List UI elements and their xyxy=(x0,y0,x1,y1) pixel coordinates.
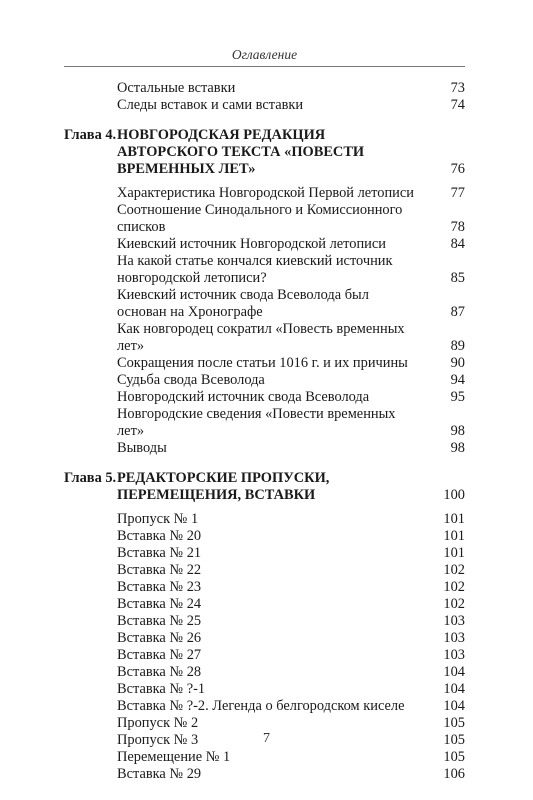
toc-entry-title: Следы вставок и сами вставки xyxy=(117,97,431,114)
toc-entry-page: 101 xyxy=(431,511,465,528)
toc-entry-page: 103 xyxy=(431,613,465,630)
chapter-page: 100 xyxy=(425,487,465,504)
toc-entry[interactable]: Как новгородец сократил «Повесть временн… xyxy=(117,321,465,355)
toc-entry[interactable]: Следы вставок и сами вставки74 xyxy=(117,97,465,114)
toc-entry-title: Вставка № 29 xyxy=(117,766,431,783)
chapter-heading[interactable]: Глава 5.РЕДАКТОРСКИЕ ПРОПУСКИ, ПЕРЕМЕЩЕН… xyxy=(64,470,465,504)
toc-entry[interactable]: Перемещение № 1105 xyxy=(117,749,465,766)
toc-entry-title: Вставка № 28 xyxy=(117,664,431,681)
toc-entry[interactable]: Пропуск № 1101 xyxy=(117,511,465,528)
toc-entry[interactable]: Вставка № 29106 xyxy=(117,766,465,783)
chapter-page: 76 xyxy=(425,161,465,178)
intro-entries: Остальные вставки73Следы вставок и сами … xyxy=(64,80,465,114)
toc-entry[interactable]: Вставка № 25103 xyxy=(117,613,465,630)
toc-entry-page: 98 xyxy=(431,440,465,457)
toc-entry-page: 105 xyxy=(431,749,465,766)
toc-entry-title: Сокращения после статьи 1016 г. и их при… xyxy=(117,355,431,372)
toc-entry-title: Остальные вставки xyxy=(117,80,431,97)
toc-entry-title: Выводы xyxy=(117,440,431,457)
toc-entry-title: Как новгородец сократил «Повесть временн… xyxy=(117,321,431,355)
toc-entry[interactable]: Вставка № 20101 xyxy=(117,528,465,545)
toc-entry[interactable]: Судьба свода Всеволода94 xyxy=(117,372,465,389)
toc-entry-page: 77 xyxy=(431,185,465,202)
chapter-heading[interactable]: Глава 4.НОВГОРОДСКАЯ РЕДАКЦИЯ АВТОРСКОГО… xyxy=(64,127,465,178)
toc-entry-page: 94 xyxy=(431,372,465,389)
toc-entry[interactable]: Сокращения после статьи 1016 г. и их при… xyxy=(117,355,465,372)
chapter-label: Глава 5. xyxy=(64,470,117,504)
chapters: Глава 4.НОВГОРОДСКАЯ РЕДАКЦИЯ АВТОРСКОГО… xyxy=(64,127,465,783)
toc-entry-title: Пропуск № 2 xyxy=(117,715,431,732)
toc-entry-title: Судьба свода Всеволода xyxy=(117,372,431,389)
toc-entry-page: 104 xyxy=(431,681,465,698)
toc-entry-title: Вставка № 20 xyxy=(117,528,431,545)
header-rule xyxy=(64,66,465,67)
toc-entry[interactable]: Вставка № ?-1104 xyxy=(117,681,465,698)
toc-entry-page: 105 xyxy=(431,715,465,732)
toc-entry-page: 73 xyxy=(431,80,465,97)
toc-entry-page: 103 xyxy=(431,647,465,664)
chapter-title-wrap: РЕДАКТОРСКИЕ ПРОПУСКИ, ПЕРЕМЕЩЕНИЯ, ВСТА… xyxy=(117,470,465,504)
toc-entry-page: 85 xyxy=(431,270,465,287)
toc-entry-page: 101 xyxy=(431,545,465,562)
toc-entry[interactable]: Вставка № 24102 xyxy=(117,596,465,613)
toc-entry-page: 101 xyxy=(431,528,465,545)
toc-entry-page: 95 xyxy=(431,389,465,406)
toc-entry-title: Киевский источник Новгородской летописи xyxy=(117,236,431,253)
toc-entry[interactable]: На какой статье кончался киевский источн… xyxy=(117,253,465,287)
toc-entry-page: 102 xyxy=(431,579,465,596)
toc-entry-page: 104 xyxy=(431,664,465,681)
toc-entry-page: 103 xyxy=(431,630,465,647)
toc-entry-page: 74 xyxy=(431,97,465,114)
toc-entry[interactable]: Пропуск № 2105 xyxy=(117,715,465,732)
toc-entry[interactable]: Выводы98 xyxy=(117,440,465,457)
toc-entry[interactable]: Новгородские сведения «Повести временных… xyxy=(117,406,465,440)
toc-entry[interactable]: Соотношение Синодального и Комиссионного… xyxy=(117,202,465,236)
toc-entry-page: 106 xyxy=(431,766,465,783)
toc-entry-page: 104 xyxy=(431,698,465,715)
table-of-contents: Остальные вставки73Следы вставок и сами … xyxy=(64,80,465,783)
toc-entry-title: Вставка № 24 xyxy=(117,596,431,613)
chapter-title: РЕДАКТОРСКИЕ ПРОПУСКИ, ПЕРЕМЕЩЕНИЯ, ВСТА… xyxy=(117,470,425,504)
toc-entry-title: Вставка № 23 xyxy=(117,579,431,596)
chapter-title-wrap: НОВГОРОДСКАЯ РЕДАКЦИЯ АВТОРСКОГО ТЕКСТА … xyxy=(117,127,465,178)
toc-entry-title: Вставка № 21 xyxy=(117,545,431,562)
toc-entry-title: На какой статье кончался киевский источн… xyxy=(117,253,431,287)
toc-entry-title: Вставка № 25 xyxy=(117,613,431,630)
toc-entry[interactable]: Вставка № 26103 xyxy=(117,630,465,647)
toc-entry-title: Перемещение № 1 xyxy=(117,749,431,766)
toc-entry-title: Характеристика Новгородской Первой летоп… xyxy=(117,185,431,202)
toc-entry-title: Вставка № 27 xyxy=(117,647,431,664)
toc-entry-title: Вставка № ?-1 xyxy=(117,681,431,698)
toc-entry[interactable]: Вставка № 27103 xyxy=(117,647,465,664)
toc-entry-page: 90 xyxy=(431,355,465,372)
toc-entry-page: 78 xyxy=(431,219,465,236)
toc-entry[interactable]: Киевский источник свода Всеволода был ос… xyxy=(117,287,465,321)
toc-entry[interactable]: Киевский источник Новгородской летописи8… xyxy=(117,236,465,253)
toc-entry-page: 102 xyxy=(431,562,465,579)
toc-entry-title: Киевский источник свода Всеволода был ос… xyxy=(117,287,431,321)
toc-entry-title: Пропуск № 1 xyxy=(117,511,431,528)
running-head: Оглавление xyxy=(64,47,465,63)
toc-entry-title: Новгородские сведения «Повести временных… xyxy=(117,406,431,440)
toc-entry-page: 102 xyxy=(431,596,465,613)
toc-entry-page: 98 xyxy=(431,423,465,440)
toc-entry[interactable]: Вставка № 28104 xyxy=(117,664,465,681)
toc-entry-title: Новгородский источник свода Всеволода xyxy=(117,389,431,406)
toc-entry[interactable]: Вставка № 23102 xyxy=(117,579,465,596)
toc-entry[interactable]: Остальные вставки73 xyxy=(117,80,465,97)
toc-entry-title: Вставка № 26 xyxy=(117,630,431,647)
toc-entry[interactable]: Вставка № 21101 xyxy=(117,545,465,562)
toc-entry[interactable]: Характеристика Новгородской Первой летоп… xyxy=(117,185,465,202)
chapter-label: Глава 4. xyxy=(64,127,117,178)
toc-entry-page: 87 xyxy=(431,304,465,321)
chapter-section: Глава 4.НОВГОРОДСКАЯ РЕДАКЦИЯ АВТОРСКОГО… xyxy=(64,127,465,457)
toc-entry-title: Вставка № ?-2. Легенда о белгородском ки… xyxy=(117,698,431,715)
chapter-title: НОВГОРОДСКАЯ РЕДАКЦИЯ АВТОРСКОГО ТЕКСТА … xyxy=(117,127,425,178)
toc-entry[interactable]: Вставка № ?-2. Легенда о белгородском ки… xyxy=(117,698,465,715)
toc-entry[interactable]: Новгородский источник свода Всеволода95 xyxy=(117,389,465,406)
toc-entry-title: Вставка № 22 xyxy=(117,562,431,579)
toc-entry[interactable]: Вставка № 22102 xyxy=(117,562,465,579)
page-number: 7 xyxy=(0,731,533,747)
toc-entry-page: 84 xyxy=(431,236,465,253)
toc-entry-title: Соотношение Синодального и Комиссионного… xyxy=(117,202,431,236)
toc-entry-page: 89 xyxy=(431,338,465,355)
